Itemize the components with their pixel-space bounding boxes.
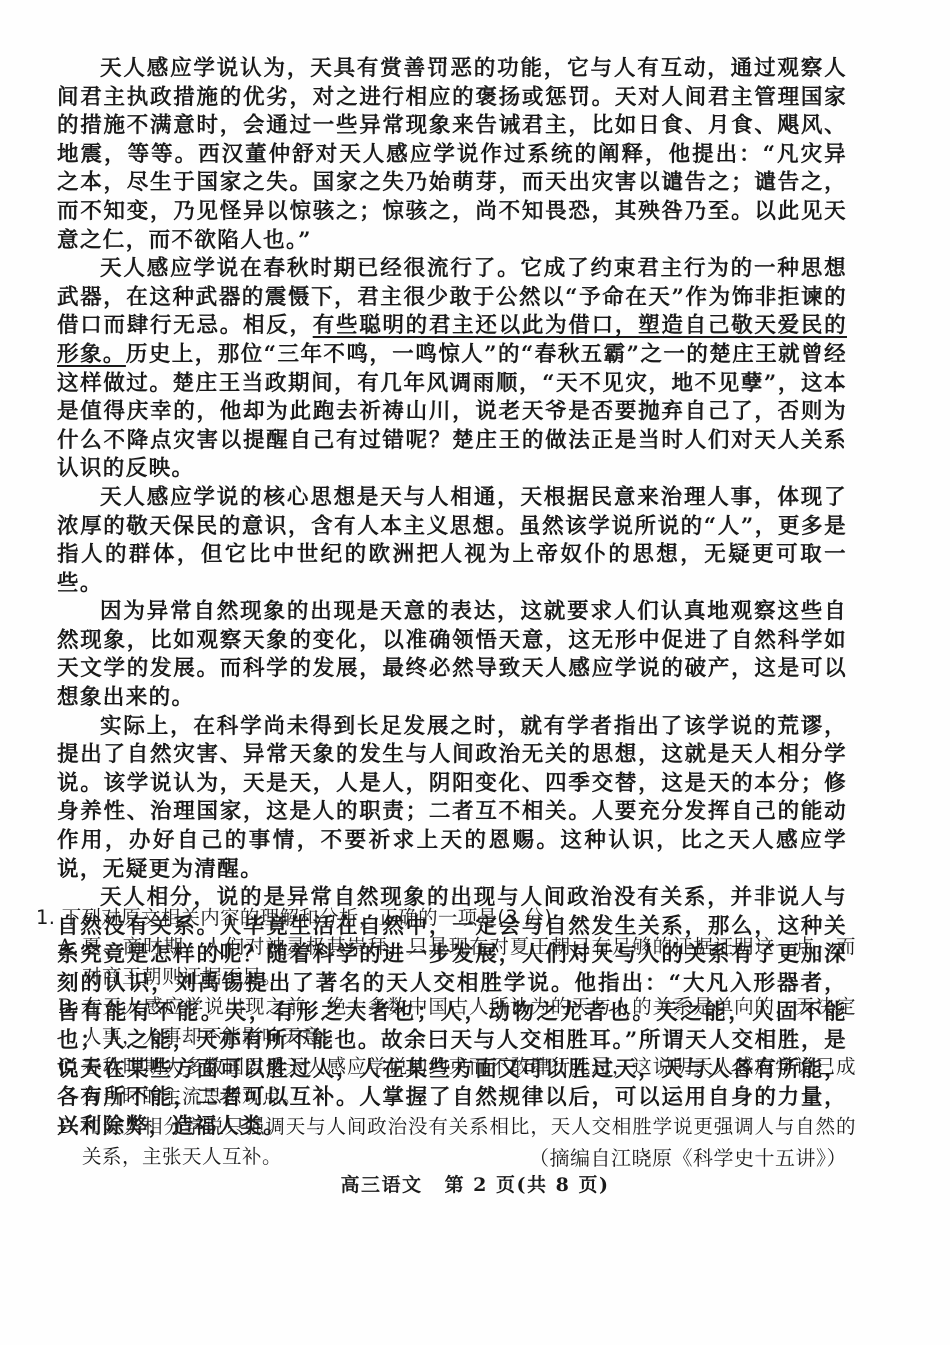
passage-paragraph-5: 实际上，在科学尚未得到长足发展之时，就有学者指出了该学说的荒谬，提出了自然灾害、… bbox=[57, 713, 847, 885]
option-key: B. bbox=[58, 992, 82, 1051]
paragraph-text: 历史上，那位“三年不鸣，一鸣惊人”的“春秋五霸”之一的楚庄王就曾经这样做过。楚庄… bbox=[57, 342, 847, 481]
option-text: 在天人感应学说出现之前，绝大多数中国古人所认为的天与人的关系是单向的，天决定人事… bbox=[82, 992, 856, 1051]
option-c: C. 春秋时期大多数国君受天人感应学说的约束而不敢肆行无忌，这说明天人感应学说已… bbox=[58, 1052, 856, 1111]
option-text: 和天人相分学说只强调天与人间政治没有关系相比，天人交相胜学说更强调人与自然的关系… bbox=[82, 1112, 856, 1171]
option-key: C. bbox=[58, 1052, 82, 1111]
passage-paragraph-2: 天人感应学说在春秋时期已经很流行了。它成了约束君主行为的一种思想武器，在这种武器… bbox=[57, 255, 847, 484]
option-key: A. bbox=[58, 932, 82, 991]
option-d: D. 和天人相分学说只强调天与人间政治没有关系相比，天人交相胜学说更强调人与自然… bbox=[58, 1112, 856, 1171]
option-text: 夏、商时期，人们对神灵极其崇拜，只是现在对夏王朝已有足够的证据证明这一点，而对商… bbox=[82, 932, 856, 991]
option-a: A. 夏、商时期，人们对神灵极其崇拜，只是现在对夏王朝已有足够的证据证明这一点，… bbox=[58, 932, 856, 991]
passage-paragraph-1: 天人感应学说认为，天具有赏善罚恶的功能，它与人有互动，通过观察人间君主执政措施的… bbox=[57, 55, 847, 255]
paragraph-text: 因为异常自然现象的出现是天意的表达，这就要求人们认真地观察这些自然现象，比如观察… bbox=[57, 599, 847, 710]
question-1: 1. 下列对原文相关内容的理解和分析，正确的一项是(3 分) A. 夏、商时期，… bbox=[36, 903, 856, 1172]
passage-paragraph-4: 因为异常自然现象的出现是天意的表达，这就要求人们认真地观察这些自然现象，比如观察… bbox=[57, 598, 847, 712]
page-footer: 高三语文第 2 页(共 8 页) bbox=[0, 1170, 950, 1197]
option-text: 春秋时期大多数国君受天人感应学说的约束而不敢肆行无忌，这说明天人感应学说已成为当… bbox=[82, 1052, 856, 1111]
question-stem: 1. 下列对原文相关内容的理解和分析，正确的一项是(3 分) bbox=[36, 903, 856, 932]
option-key: D. bbox=[58, 1112, 82, 1171]
paragraph-text: 天人感应学说的核心思想是天与人相通，天根据民意来治理人事，体现了浓厚的敬天保民的… bbox=[57, 485, 847, 596]
paragraph-text: 实际上，在科学尚未得到长足发展之时，就有学者指出了该学说的荒谬，提出了自然灾害、… bbox=[57, 714, 847, 882]
footer-subject: 高三语文 bbox=[341, 1174, 423, 1196]
paragraph-text: 天人感应学说认为，天具有赏善罚恶的功能，它与人有互动，通过观察人间君主执政措施的… bbox=[57, 56, 847, 253]
footer-page-number: 第 2 页(共 8 页) bbox=[445, 1174, 610, 1196]
option-b: B. 在天人感应学说出现之前，绝大多数中国古人所认为的天与人的关系是单向的，天决… bbox=[58, 992, 856, 1051]
passage-paragraph-3: 天人感应学说的核心思想是天与人相通，天根据民意来治理人事，体现了浓厚的敬天保民的… bbox=[57, 484, 847, 598]
